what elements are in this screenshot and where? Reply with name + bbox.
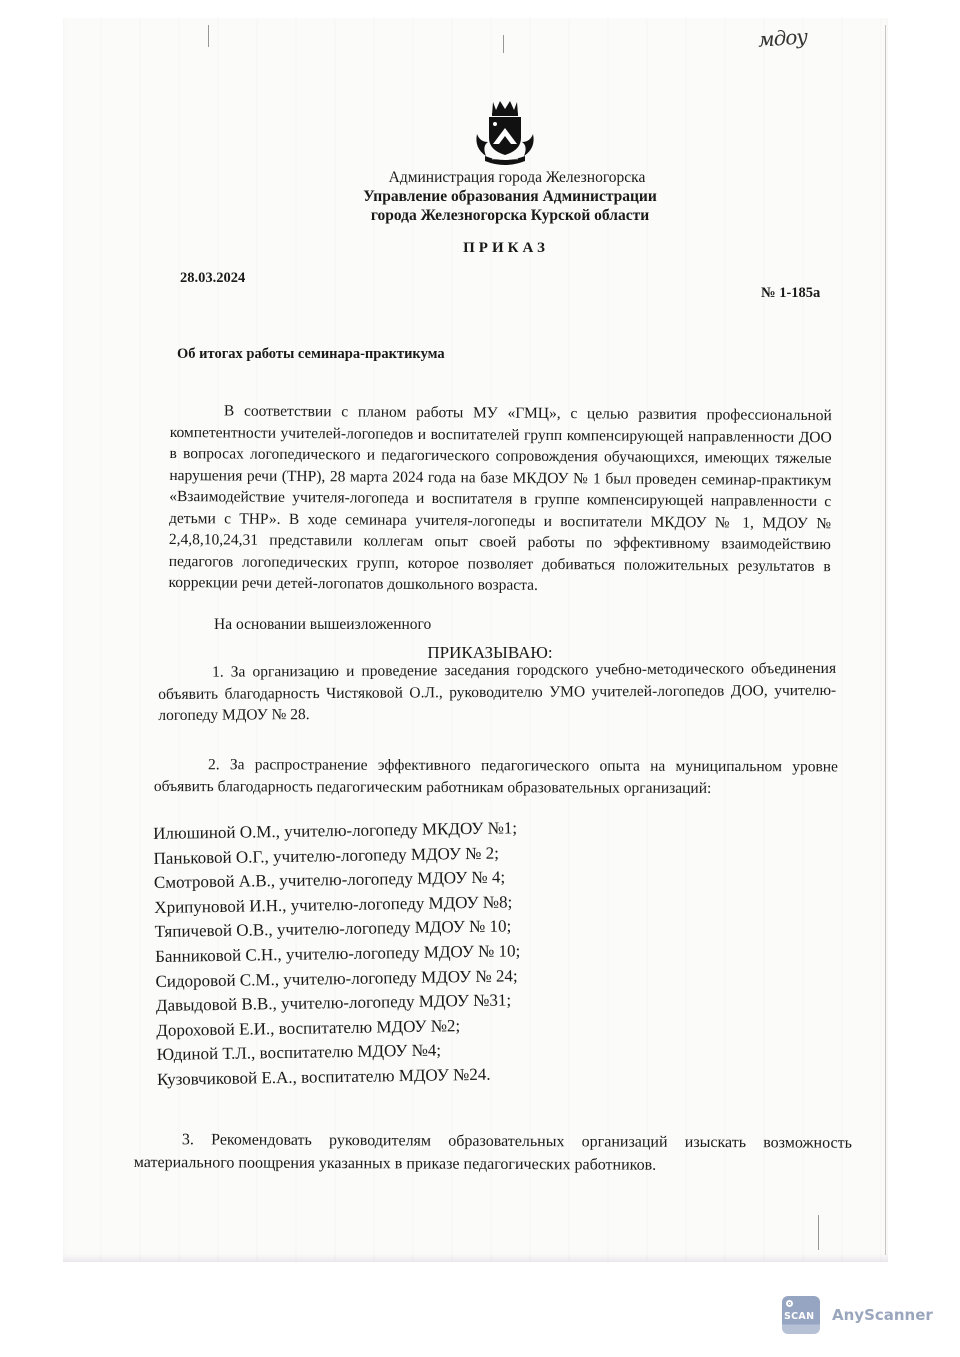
issuer-header: Администрация города Железногорска Управ…: [300, 168, 720, 225]
scan-edge: [885, 25, 886, 1255]
scan-app-icon: SCAN: [782, 1296, 820, 1334]
scan-streak: [818, 1215, 819, 1250]
watermark-label: AnyScanner: [832, 1306, 933, 1324]
order-item-1: 1. За организацию и проведение заседания…: [158, 658, 836, 727]
anyscanner-watermark: SCAN AnyScanner: [782, 1296, 933, 1334]
issuer-line-2: Управление образования Администрации: [300, 187, 720, 206]
order-item-3: 3. Рекомендовать руководителям образоват…: [134, 1128, 852, 1178]
camera-lens-icon: [786, 1300, 793, 1307]
document-subject: Об итогах работы семинара-практикума: [177, 346, 445, 363]
document-number: № 1-185а: [761, 285, 820, 302]
document-title: ПРИКАЗ: [300, 240, 712, 257]
basis-line: На основании вышеизложенного: [214, 616, 431, 634]
scan-streak: [208, 25, 209, 47]
intro-paragraph: В соответствии с планом работы МУ «ГМЦ»,…: [168, 400, 831, 599]
handwritten-note: мдоу: [757, 24, 807, 51]
issuer-line-3: города Железногорска Курской области: [300, 206, 720, 225]
recipient-list: Илюшиной О.М., учителю-логопеду МКДОУ №1…: [153, 816, 522, 1092]
document-date: 28.03.2024: [180, 270, 245, 287]
order-item-2: 2. За распространение эффективного педаг…: [154, 754, 838, 799]
scan-streak: [503, 35, 504, 53]
issuer-line-1: Администрация города Железногорска: [300, 168, 720, 187]
city-coat-of-arms-icon: [472, 98, 538, 168]
scan-badge-text: SCAN: [784, 1311, 814, 1322]
